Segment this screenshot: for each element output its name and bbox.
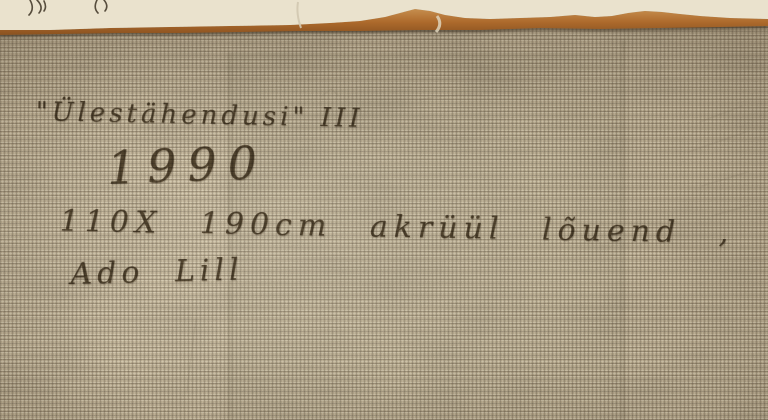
inscription-year: 1990 [106, 135, 269, 195]
canvas-back-photo: "Ülestähendusi" III 1990 110X 190cm akrü… [0, 0, 768, 420]
inscription-artist-signature: Ado Lill [70, 252, 244, 292]
